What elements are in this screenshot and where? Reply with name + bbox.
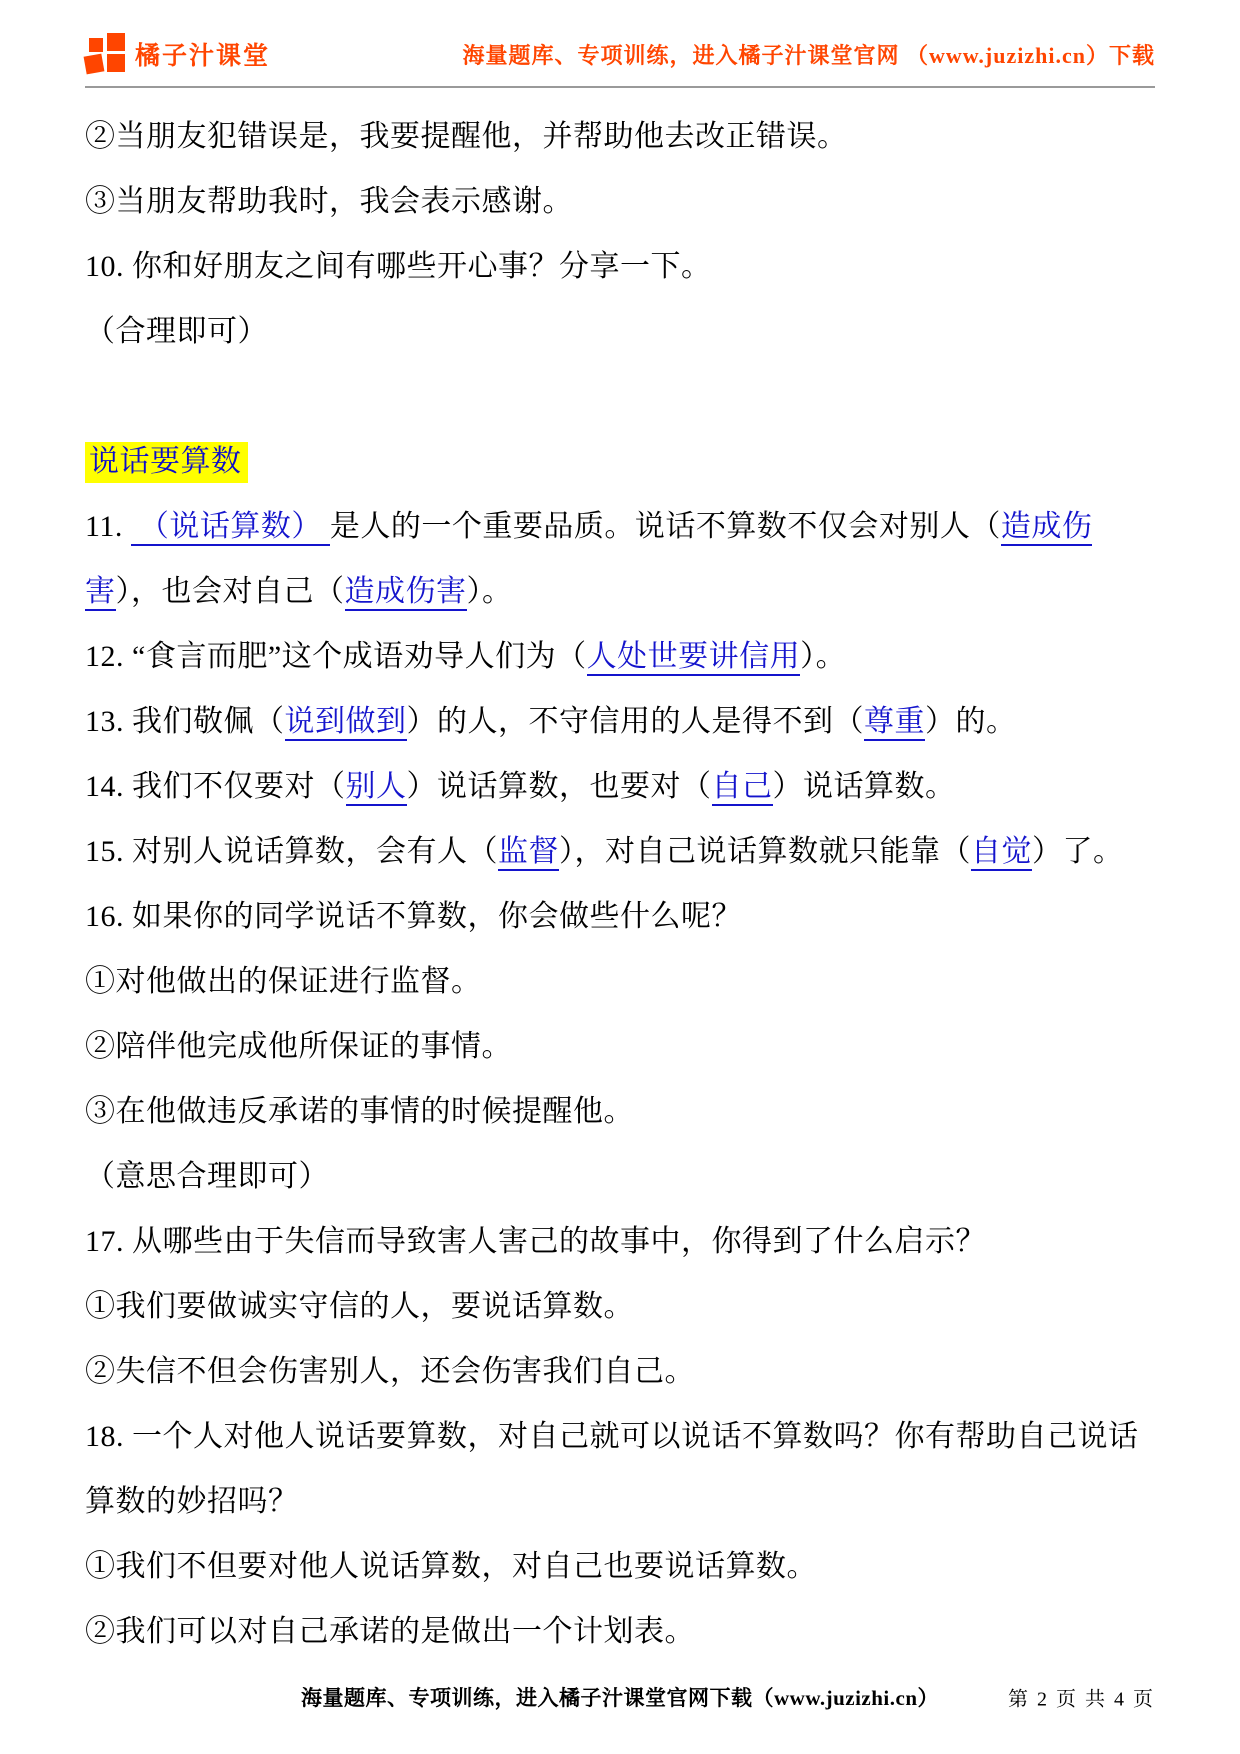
content: ②当朋友犯错误是，我要提醒他，并帮助他去改正错误。③当朋友帮助我时，我会表示感谢… — [85, 104, 1155, 1664]
text-run: 是人的一个重要品质。说话不算数不仅会对别人（ — [330, 510, 1001, 543]
paragraph: ②失信不但会伤害别人，还会伤害我们自己。 — [85, 1339, 1155, 1404]
text-run: ③当朋友帮助我时，我会表示感谢。 — [85, 185, 573, 218]
section-heading: 说话要算数 — [85, 429, 1155, 494]
paragraph: ①我们要做诚实守信的人，要说话算数。 — [85, 1274, 1155, 1339]
logo-square-bottom-right — [107, 54, 125, 72]
logo-square-top-right — [107, 33, 125, 51]
logo-square-top-left — [89, 38, 103, 52]
paragraph: 13. 我们敬佩（说到做到）的人，不守信用的人是得不到（尊重）的。 — [85, 689, 1155, 754]
blank-line-spacer — [85, 364, 1155, 429]
text-run: ）。 — [467, 575, 513, 608]
text-run: ）说话算数。 — [773, 770, 956, 803]
paragraph: ①我们不但要对他人说话算数，对自己也要说话算数。 — [85, 1534, 1155, 1599]
paragraph: ①对他做出的保证进行监督。 — [85, 949, 1155, 1014]
paragraph: 12. “食言而肥”这个成语劝导人们为（人处世要讲信用）。 — [85, 624, 1155, 689]
answer-blank: 自觉 — [971, 835, 1032, 871]
paragraph: ②当朋友犯错误是，我要提醒他，并帮助他去改正错误。 — [85, 104, 1155, 169]
paragraph: 16. 如果你的同学说话不算数，你会做些什么呢？ — [85, 884, 1155, 949]
text-run: 17. 从哪些由于失信而导致害人害己的故事中，你得到了什么启示？ — [85, 1225, 986, 1258]
text-run: ）。 — [800, 640, 846, 673]
text-run: ）了。 — [1032, 835, 1124, 868]
answer-blank: 监督 — [498, 835, 559, 871]
text-run: 11. — [85, 510, 131, 543]
text-run: 10. 你和好朋友之间有哪些开心事？分享一下。 — [85, 250, 712, 283]
logo-text: 橘子汁课堂 — [135, 36, 270, 72]
text-run: ②我们可以对自己承诺的是做出一个计划表。 — [85, 1615, 695, 1648]
paragraph: ③在他做违反承诺的事情的时候提醒他。 — [85, 1079, 1155, 1144]
paragraph: ③当朋友帮助我时，我会表示感谢。 — [85, 169, 1155, 234]
text-run: ）说话算数，也要对（ — [407, 770, 712, 803]
text-run: 15. 对别人说话算数，会有人（ — [85, 835, 498, 868]
text-run: ），也会对自己（ — [116, 575, 345, 608]
text-run: 16. 如果你的同学说话不算数，你会做些什么呢？ — [85, 900, 742, 933]
paragraph: 10. 你和好朋友之间有哪些开心事？分享一下。 — [85, 234, 1155, 299]
highlighted-title: 说话要算数 — [85, 442, 248, 483]
text-run: 18. 一个人对他人说话要算数，对自己就可以说话不算数吗？你有帮助自己说话算数的… — [85, 1420, 1139, 1518]
text-run: （合理即可） — [85, 315, 268, 348]
text-run: ②失信不但会伤害别人，还会伤害我们自己。 — [85, 1355, 695, 1388]
page-footer: 海量题库、专项训练，进入橘子汁课堂官网下载（www.juzizhi.cn） 第 … — [85, 1680, 1155, 1714]
paragraph: ②陪伴他完成他所保证的事情。 — [85, 1014, 1155, 1079]
text-run: ①对他做出的保证进行监督。 — [85, 965, 482, 998]
four-squares-logo-icon — [85, 31, 127, 77]
page-header: 橘子汁课堂 海量题库、专项训练，进入橘子汁课堂官网 （www.juzizhi.c… — [85, 30, 1155, 88]
paragraph: 14. 我们不仅要对（别人）说话算数，也要对（自己）说话算数。 — [85, 754, 1155, 819]
text-run: ①我们要做诚实守信的人，要说话算数。 — [85, 1290, 634, 1323]
answer-blank: 尊重 — [864, 705, 925, 741]
text-run: 13. 我们敬佩（ — [85, 705, 285, 738]
answer-blank: （说话算数） — [131, 510, 330, 546]
text-run: （意思合理即可） — [85, 1160, 329, 1193]
document-page: 橘子汁课堂 海量题库、专项训练，进入橘子汁课堂官网 （www.juzizhi.c… — [0, 0, 1240, 1754]
paragraph: 15. 对别人说话算数，会有人（监督），对自己说话算数就只能靠（自觉）了。 — [85, 819, 1155, 884]
paragraph: 17. 从哪些由于失信而导致害人害己的故事中，你得到了什么启示？ — [85, 1209, 1155, 1274]
site-logo: 橘子汁课堂 — [85, 31, 270, 77]
text-run: ③在他做违反承诺的事情的时候提醒他。 — [85, 1095, 634, 1128]
answer-blank: 自己 — [712, 770, 773, 806]
text-run: ）的人，不守信用的人是得不到（ — [407, 705, 865, 738]
text-run: ①我们不但要对他人说话算数，对自己也要说话算数。 — [85, 1550, 817, 1583]
answer-blank: 说到做到 — [285, 705, 407, 741]
header-promo-text: 海量题库、专项训练，进入橘子汁课堂官网 （www.juzizhi.cn）下载 — [462, 39, 1155, 70]
text-run: 14. 我们不仅要对（ — [85, 770, 346, 803]
paragraph: 18. 一个人对他人说话要算数，对自己就可以说话不算数吗？你有帮助自己说话算数的… — [85, 1404, 1155, 1534]
page-number-label: 第 2 页 共 4 页 — [1008, 1683, 1155, 1712]
answer-blank: 人处世要讲信用 — [587, 640, 801, 676]
paragraph: （意思合理即可） — [85, 1144, 1155, 1209]
text-run: ②当朋友犯错误是，我要提醒他，并帮助他去改正错误。 — [85, 120, 848, 153]
text-run: ②陪伴他完成他所保证的事情。 — [85, 1030, 512, 1063]
text-run: 12. “食言而肥”这个成语劝导人们为（ — [85, 640, 587, 673]
answer-blank: 别人 — [346, 770, 407, 806]
answer-blank: 造成伤害 — [345, 575, 467, 611]
logo-square-bottom-left — [84, 54, 105, 75]
footer-promo-text: 海量题库、专项训练，进入橘子汁课堂官网下载（www.juzizhi.cn） — [301, 1682, 939, 1712]
paragraph: 11. （说话算数） 是人的一个重要品质。说话不算数不仅会对别人（造成伤害），也… — [85, 494, 1155, 624]
text-run: ），对自己说话算数就只能靠（ — [559, 835, 971, 868]
paragraph: ②我们可以对自己承诺的是做出一个计划表。 — [85, 1599, 1155, 1664]
text-run: ）的。 — [925, 705, 1017, 738]
paragraph: （合理即可） — [85, 299, 1155, 364]
